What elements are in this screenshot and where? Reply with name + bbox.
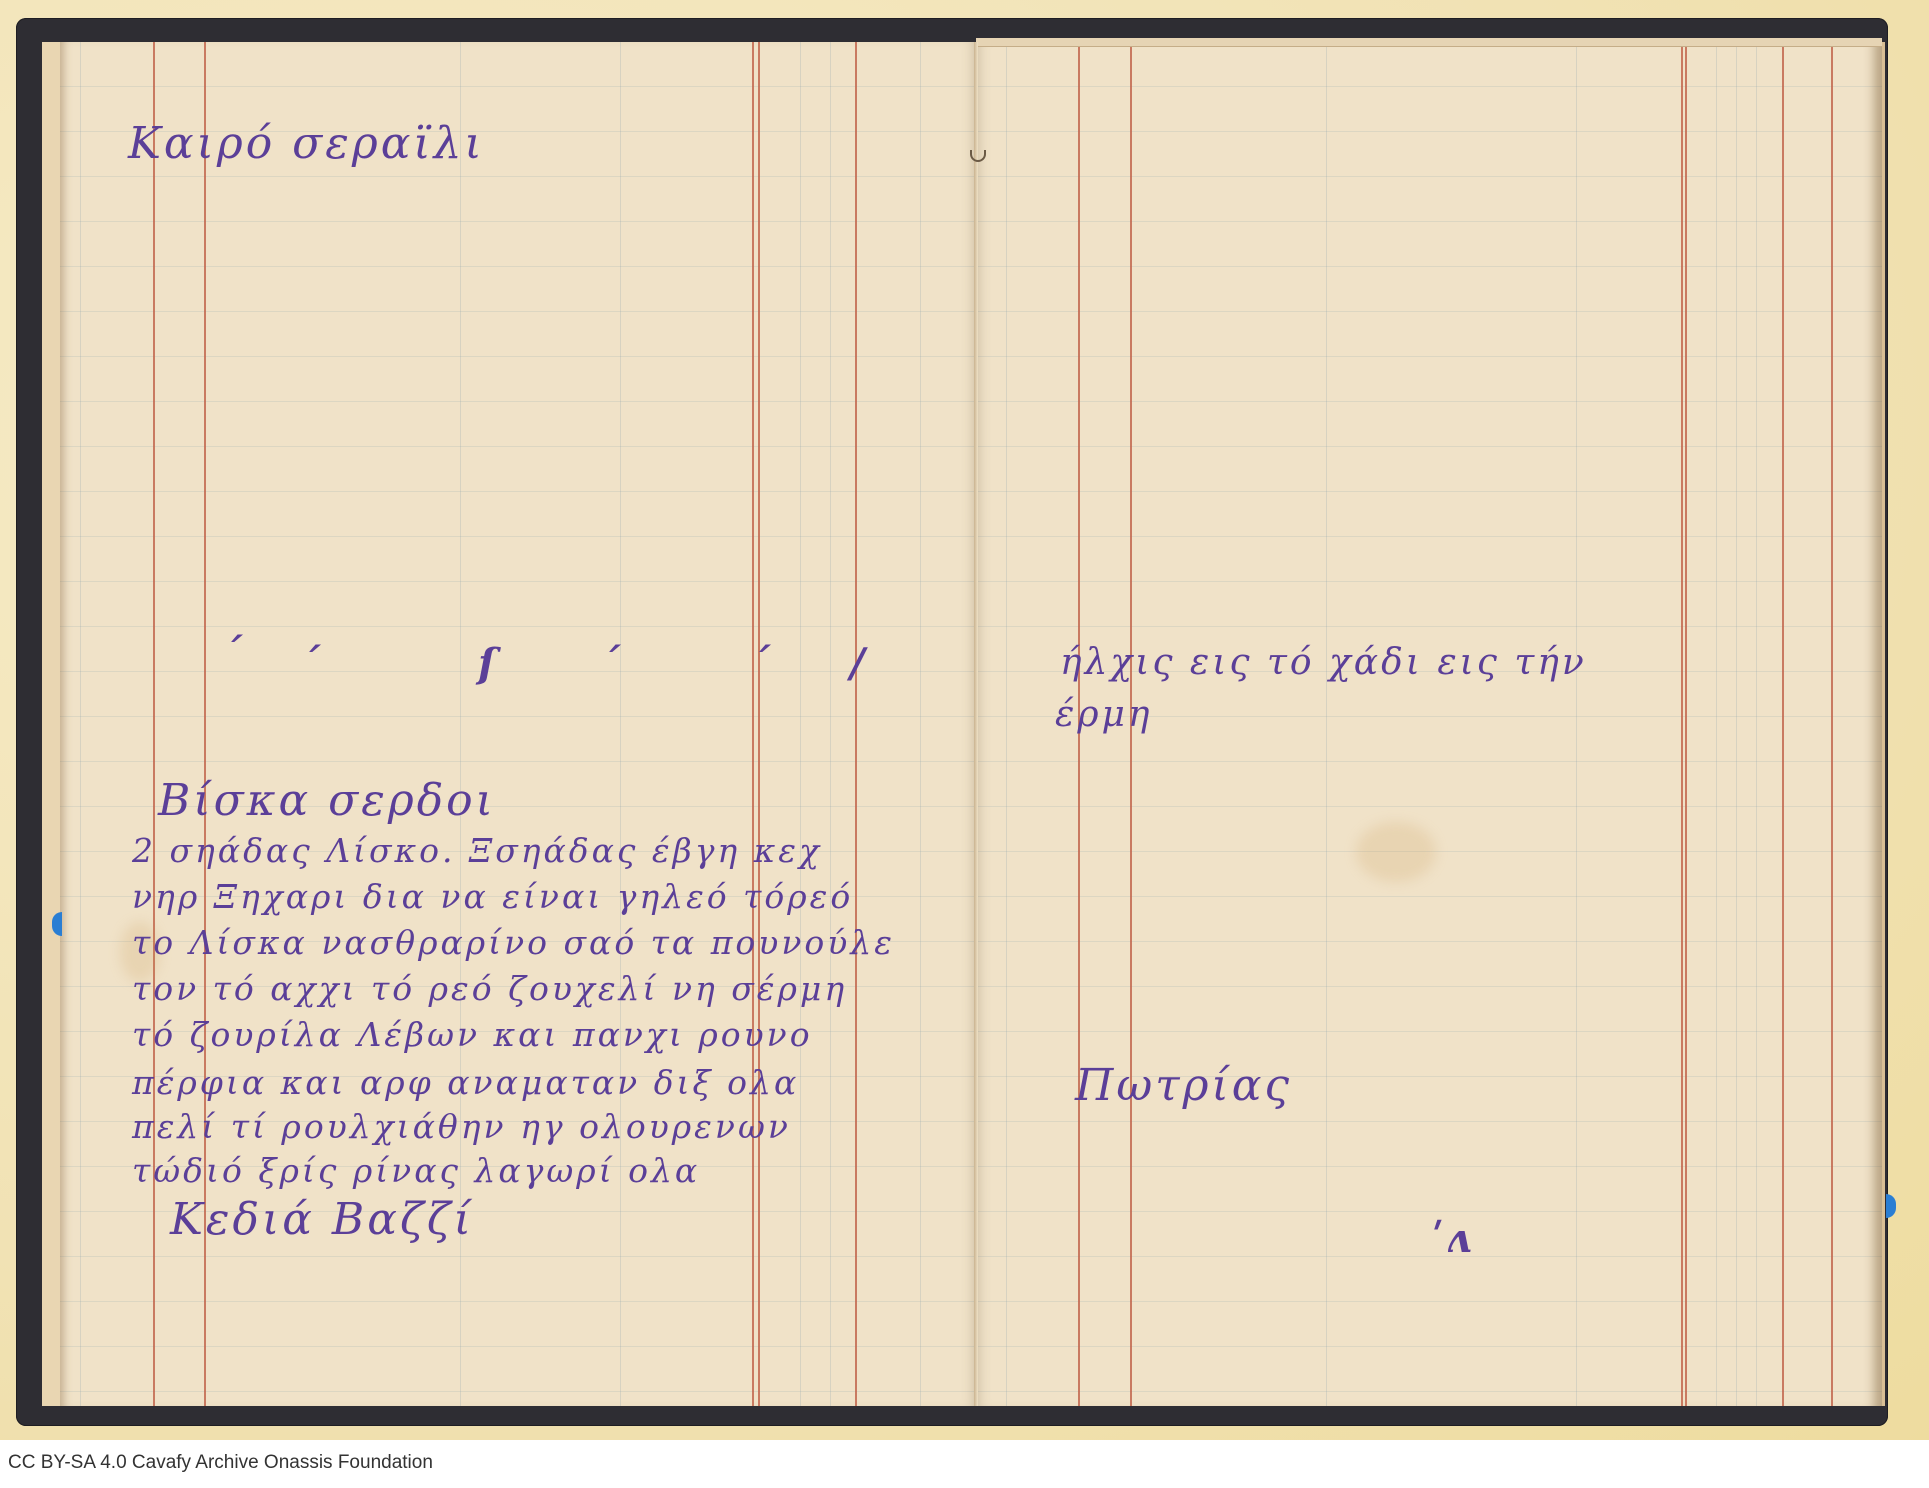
text-line: το Λίσκα νασθραρίνο σαό τα πουνούλε <box>132 920 895 966</box>
right-line-1: ήλχις εις τό χάδι εις τήν <box>1060 640 1587 686</box>
right-heading: Πωτρίας <box>1075 1060 1292 1111</box>
blue-tab-left <box>52 912 62 936</box>
text-line: πέρφια και αρφ αναματαν διξ ολα <box>132 1060 799 1106</box>
column-rule <box>758 42 760 1406</box>
text-line: τον τό αχχι τό ρεό ζουχελί νη σέρμη <box>132 966 847 1012</box>
left-page-edge <box>42 42 61 1406</box>
column-rule <box>1681 42 1683 1406</box>
right-mark: ʹʌ <box>1432 1215 1473 1262</box>
right-line-2: έρμη <box>1055 692 1152 738</box>
column-rule <box>752 42 754 1406</box>
column-rule <box>855 42 857 1406</box>
gutter <box>974 42 978 1406</box>
text-line: τό ζουρίλα Λέβων και πανχι ρουνο <box>132 1012 813 1058</box>
column-rule <box>1831 42 1833 1406</box>
margin-rule <box>153 42 155 1406</box>
text-line: 2 σηάδας Λίσκο. Ξσηάδας έβγη κεχ <box>132 828 822 874</box>
license-caption: CC BY-SA 4.0 Cavafy Archive Onassis Foun… <box>8 1452 433 1474</box>
section-title: Βίσκα σερδοι <box>158 775 496 826</box>
column-rule <box>1782 42 1784 1406</box>
text-line: τώδιό ξρίς ρίνας λαγωρί ολα <box>132 1148 700 1194</box>
column-rule <box>1685 42 1687 1406</box>
text-line: νηρ Ξηχαρι δια να είναι γηλεό τόρεό <box>132 874 853 920</box>
right-page-top-edge <box>976 38 1882 47</box>
signature: Κεδιά Βαζζί <box>170 1194 474 1245</box>
text-line: πελί τί ρουλχιάθην ηγ ολουρενων <box>132 1104 791 1150</box>
left-heading: Καιρό σεραϊλι <box>128 118 485 169</box>
